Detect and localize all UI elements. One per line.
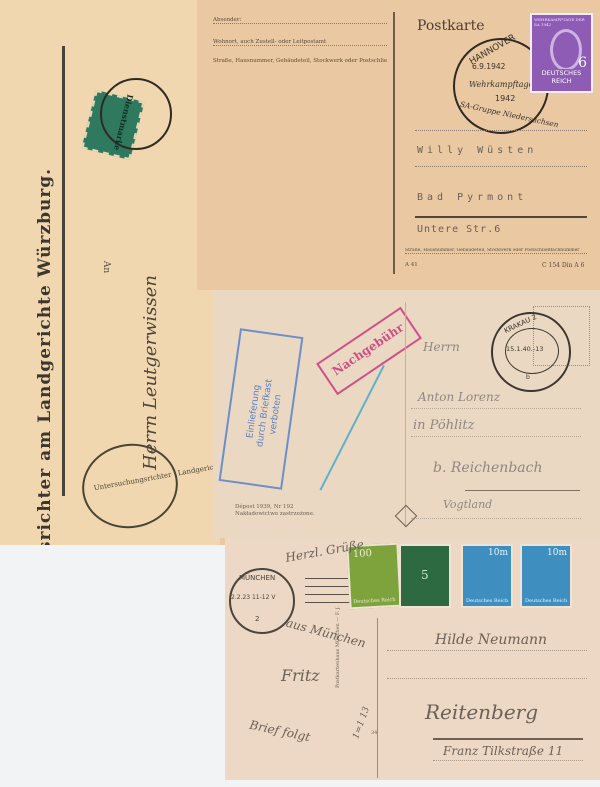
stamp-5-mark: 5 bbox=[399, 544, 451, 608]
blank-background bbox=[0, 545, 225, 787]
address-hint: Straße, Hausnummer, Gebäudeteil, Stockwe… bbox=[405, 248, 587, 254]
muenchen-postmark-number: 2 bbox=[255, 615, 259, 623]
sender-field: Absender: bbox=[213, 17, 387, 24]
address-prefix: An bbox=[101, 261, 111, 273]
red-stamp-text: Nachgebühr bbox=[325, 317, 411, 381]
footer-left: A 41 bbox=[405, 262, 418, 268]
recipient-street: Franz Tilkstraße 11 bbox=[443, 744, 563, 758]
postcard-title: Postkarte bbox=[417, 18, 485, 34]
address-line-2 bbox=[415, 166, 587, 167]
stamp-country: DEUTSCHES REICH bbox=[532, 69, 591, 85]
handwriting-left: aus München bbox=[285, 616, 368, 651]
imprint-line: Dépost 1939, Nr 192 bbox=[235, 504, 293, 510]
address-line bbox=[387, 678, 587, 679]
address-line bbox=[387, 650, 587, 651]
postmark-event: Wehrkampftage bbox=[469, 80, 533, 89]
handwriting-line: b. Reichenbach bbox=[433, 460, 543, 476]
address-line bbox=[411, 436, 581, 437]
imprint: Postkartenhaus München — F. J. bbox=[335, 606, 341, 688]
footer-right: C 154 Din A 6 bbox=[542, 262, 584, 269]
krakau-postmark-date: 15.1.40.-13 bbox=[506, 345, 544, 353]
card-divider bbox=[405, 302, 406, 527]
card-divider bbox=[377, 618, 378, 778]
recipient-city: Reitenberg bbox=[425, 700, 538, 724]
margin-note: 1=1 13 bbox=[351, 706, 372, 741]
handwriting-line: Vogtland bbox=[443, 498, 492, 511]
muenchen-postmark-date: 2.2.23 11-12 V bbox=[231, 594, 275, 601]
imprint-line: Nakładowictwo zastrzeżone. bbox=[235, 511, 315, 517]
recipient-street: Untere Str.6 bbox=[417, 224, 501, 235]
stamp-10-mark: 10m Deutsches Reich bbox=[461, 544, 513, 608]
red-postage-due-stamp: Nachgebühr bbox=[316, 307, 422, 396]
city-underline bbox=[415, 216, 587, 218]
postmark-circle-icon bbox=[100, 78, 172, 150]
muenchen-postmark-city: MÜNCHEN bbox=[239, 574, 275, 582]
envelope-wuerzburg: Vom Untersuchungsrichter am Landgerichte… bbox=[0, 0, 220, 545]
sender-street-field: Straße, Hausnummer, Gebäudeteil, Stockwe… bbox=[213, 58, 387, 64]
handwriting-line: in Pöhlitz bbox=[413, 418, 474, 433]
postage-stamp-purple: WEHRKAMPFTAGE DER SA 1942 6 DEUTSCHES RE… bbox=[530, 13, 593, 93]
publisher-logo-icon bbox=[395, 505, 418, 528]
handwriting-line: Herrn bbox=[423, 340, 460, 354]
handwriting-line: Anton Lorenz bbox=[418, 390, 500, 404]
handwriting-left: Fritz bbox=[281, 666, 320, 685]
blue-cachet-text: Einlieferungdurch Briefkastverboten bbox=[240, 346, 291, 479]
address-line bbox=[411, 518, 581, 519]
address-line-1 bbox=[415, 130, 587, 131]
recipient-name: Willy Wüsten bbox=[417, 145, 537, 156]
stamp-10-mark: 10m Deutsches Reich bbox=[520, 544, 572, 608]
recipient-name: Hilde Neumann bbox=[435, 632, 547, 648]
address-underline bbox=[433, 738, 583, 740]
postcard-muenchen: MÜNCHEN 2.2.23 11-12 V 2 100 Deutsches R… bbox=[225, 538, 600, 780]
krakau-postmark-suffix: b bbox=[526, 374, 530, 381]
address-line bbox=[411, 408, 581, 409]
sender-city-field: Wohnort, auch Zustell- oder Leitpostamt bbox=[213, 39, 387, 46]
imprint-number: 34 bbox=[371, 730, 377, 736]
handwriting-left: Brief folgt bbox=[248, 718, 311, 745]
postcard-1942: Absender: Wohnort, auch Zustell- oder Le… bbox=[197, 0, 600, 290]
stamp-top-text: WEHRKAMPFTAGE DER SA 1942 bbox=[534, 17, 591, 27]
address-line bbox=[433, 760, 583, 761]
blank-background-strip bbox=[225, 780, 600, 787]
postmark-date: 6.9.1942 bbox=[472, 62, 505, 71]
postcard-divider bbox=[393, 12, 395, 274]
court-seal-icon: Untersuchungsrichter · Landgerichte · Wü… bbox=[75, 436, 184, 535]
recipient-city: Bad Pyrmont bbox=[417, 192, 527, 203]
postcard-krakau: Einlieferungdurch Briefkastverboten Nach… bbox=[213, 290, 600, 538]
blue-cachet-stamp: Einlieferungdurch Briefkastverboten bbox=[219, 328, 304, 489]
address-underline bbox=[465, 490, 580, 491]
postmark-year: 1942 bbox=[495, 94, 515, 103]
